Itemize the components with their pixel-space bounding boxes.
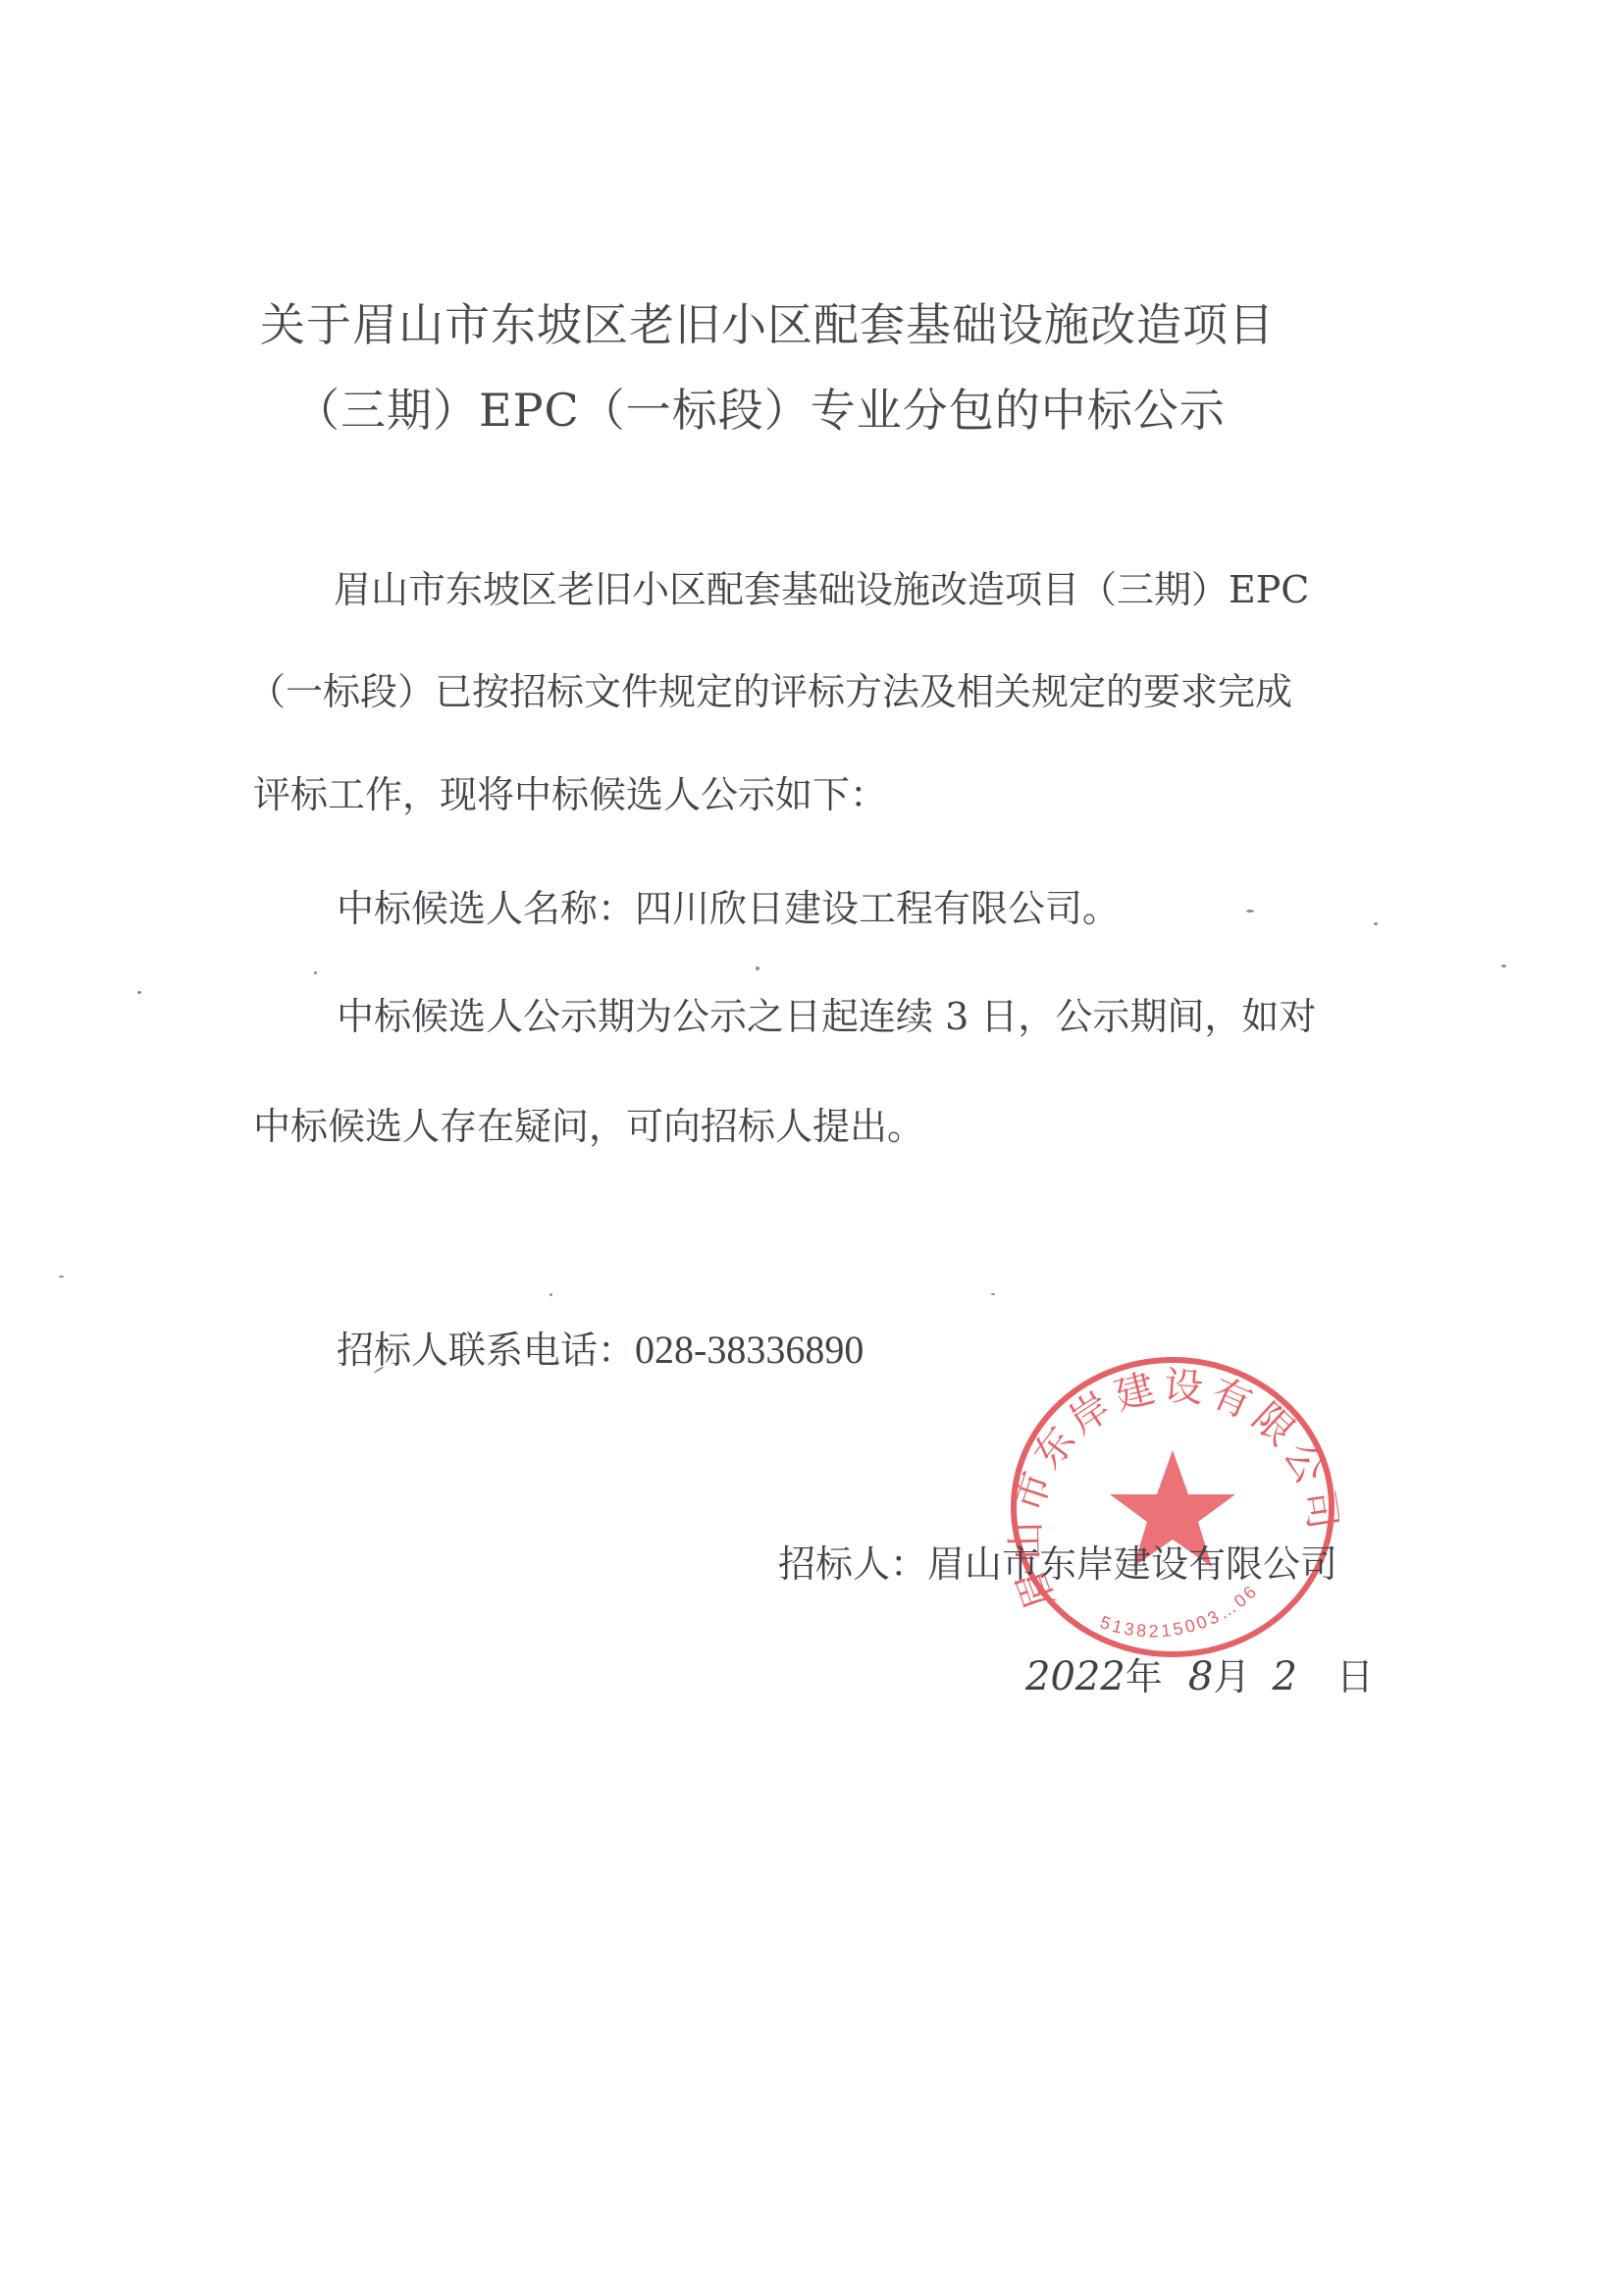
scan-speck bbox=[550, 1293, 552, 1296]
objection-line-1: 中标候选人公示期为公示之日起连续 3 日，公示期间，如对 bbox=[337, 986, 1316, 1040]
svg-text:5138215003…06: 5138215003…06 bbox=[1098, 1581, 1263, 1642]
intro-line-3: 评标工作，现将中标候选人公示如下： bbox=[253, 764, 887, 818]
scan-speck bbox=[1374, 922, 1378, 925]
date-year: 2022 bbox=[1025, 1654, 1126, 1699]
scan-speck bbox=[137, 991, 141, 994]
scan-speck bbox=[1501, 965, 1506, 967]
intro-line-2: （一标段）已按招标文件规定的评标方法及相关规定的要求完成 bbox=[248, 661, 1292, 715]
contact-line: 招标人联系电话：028-38336890 bbox=[337, 1320, 864, 1374]
scan-speck bbox=[756, 966, 759, 970]
date-day-unit: 日 bbox=[1336, 1655, 1374, 1698]
date-day: 2 bbox=[1272, 1654, 1296, 1699]
contact-label: 招标人联系电话： bbox=[337, 1329, 635, 1372]
scan-speck bbox=[314, 971, 317, 974]
intro-line-1: 眉山市东坡区老旧小区配套基础设施改造项目（三期）EPC bbox=[334, 559, 1309, 613]
scan-speck bbox=[991, 1293, 995, 1295]
winning-candidate: 中标候选人名称：四川欣日建设工程有限公司。 bbox=[337, 878, 1120, 932]
tenderer-signature: 招标人：眉山市东岸建设有限公司 bbox=[778, 1534, 1337, 1588]
objection-line-2: 中标候选人存在疑问，可向招标人提出。 bbox=[253, 1096, 924, 1150]
contact-phone: 028-38336890 bbox=[635, 1328, 864, 1372]
document-title-line-1: 关于眉山市东坡区老旧小区配套基础设施改造项目 bbox=[260, 289, 1275, 354]
date-month-unit: 月 bbox=[1213, 1655, 1250, 1698]
scan-speck bbox=[1246, 910, 1254, 913]
scan-speck bbox=[59, 1276, 64, 1278]
signature-date: 2022年 8月 2日 bbox=[1025, 1646, 1374, 1700]
document-title-line-2: （三期）EPC（一标段）专业分包的中标公示 bbox=[294, 375, 1226, 440]
date-year-unit: 年 bbox=[1126, 1655, 1163, 1698]
company-seal: 眉山市东岸建设有限公司 5138215003…06 bbox=[1006, 1357, 1339, 1661]
seal-code: 5138215003…06 bbox=[1098, 1581, 1263, 1642]
date-month: 8 bbox=[1188, 1654, 1213, 1699]
